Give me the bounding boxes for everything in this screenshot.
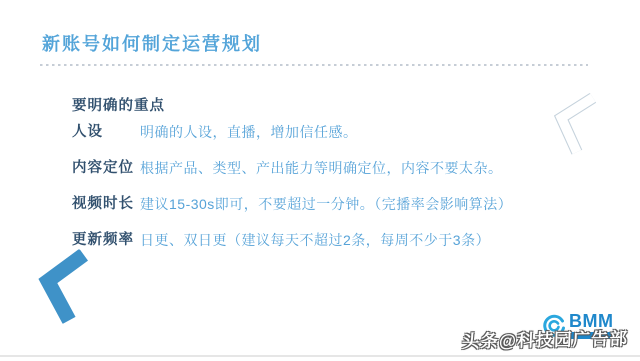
dotted-divider — [40, 64, 588, 66]
row-update-frequency: 更新频率 日更、双日更（建议每天不超过2条，每周不少于3条） — [72, 230, 612, 251]
presentation-slide: 新账号如何制定运营规划 要明确的重点 人设 明确的人设，直播，增加信任感。 内容… — [0, 0, 640, 361]
row-persona: 人设 明确的人设，直播，增加信任感。 — [72, 122, 612, 143]
content-rows: 人设 明确的人设，直播，增加信任感。 内容定位 根据产品、类型、产出能力等明确定… — [72, 122, 612, 266]
row-desc: 建议15-30s即可，不要超过一分钟。（完播率会影响算法） — [140, 194, 612, 215]
row-content-positioning: 内容定位 根据产品、类型、产出能力等明确定位，内容不要太杂。 — [72, 158, 612, 179]
row-desc: 日更、双日更（建议每天不超过2条，每周不少于3条） — [140, 230, 612, 251]
bottom-edge-line — [0, 355, 640, 357]
row-label: 人设 — [72, 122, 140, 143]
watermark-text: 头条@科技园广告部 — [462, 326, 629, 354]
row-desc: 明确的人设，直播，增加信任感。 — [140, 122, 612, 143]
row-video-length: 视频时长 建议15-30s即可，不要超过一分钟。（完播率会影响算法） — [72, 194, 612, 215]
row-label: 内容定位 — [72, 158, 140, 179]
slide-title: 新账号如何制定运营规划 — [42, 30, 262, 56]
row-label: 更新频率 — [72, 230, 140, 251]
chevron-solid-decoration-icon — [28, 243, 96, 328]
section-heading: 要明确的重点 — [72, 94, 165, 115]
row-label: 视频时长 — [72, 194, 140, 215]
row-desc: 根据产品、类型、产出能力等明确定位，内容不要太杂。 — [140, 158, 612, 179]
